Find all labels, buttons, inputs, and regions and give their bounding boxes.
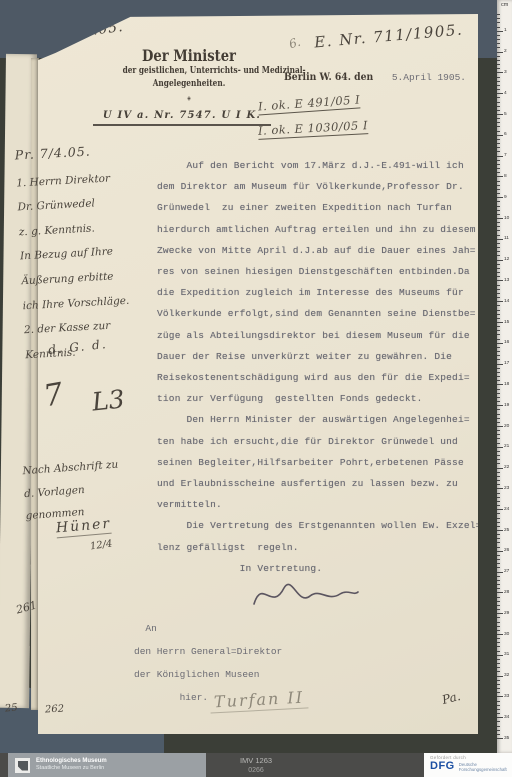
ruler-tick (497, 264, 500, 265)
ruler-number: 2 (504, 49, 507, 54)
ruler-tick (497, 85, 500, 86)
ruler-tick (497, 630, 500, 631)
ruler-tick (497, 405, 503, 406)
ruler-number: 30 (504, 632, 509, 637)
typed-body-line: und Erlaubnisscheine ausfertigen zu lass… (157, 473, 487, 494)
typed-body-line: lenz gefälligst regeln. (157, 537, 487, 558)
ruler-tick (497, 501, 500, 502)
ruler-number: 13 (504, 278, 509, 283)
ruler-number: 35 (504, 736, 509, 741)
typed-body-line: Grünwedel zu einer zweiten Expedition na… (157, 197, 487, 218)
ruler-tick (497, 638, 500, 639)
ruler-number: 9 (504, 195, 507, 200)
ruler-tick (497, 455, 500, 456)
ruler-tick (497, 476, 500, 477)
ruler-tick (497, 696, 503, 697)
ruler-tick (497, 102, 500, 103)
museum-logo-block: Ethnologisches Museum Staatliche Museen … (8, 753, 206, 777)
ruler-tick (497, 513, 500, 514)
ruler-tick (497, 721, 500, 722)
ruler-tick (497, 72, 503, 73)
dateline-printed: Berlin W. 64. den (284, 71, 373, 83)
ruler-tick (497, 77, 500, 78)
ruler-tick (497, 230, 500, 231)
ruler-tick (497, 701, 500, 702)
ruler-tick (497, 351, 500, 352)
ruler-tick (497, 131, 500, 132)
ruler-tick (497, 268, 500, 269)
ruler-tick (497, 414, 500, 415)
typed-body-line: Die Vertretung des Erstgenannten wollen … (157, 515, 487, 536)
ruler-tick (497, 426, 503, 427)
edge-folio-number: 262 (45, 704, 65, 716)
typed-body-line: res von seinen hiesigen Dienstgeschäften… (157, 261, 487, 282)
ruler-number: 32 (504, 673, 509, 678)
ruler-tick (497, 463, 500, 464)
ruler-tick (497, 576, 500, 577)
ruler-number: 4 (504, 91, 507, 96)
ruler-tick (497, 185, 500, 186)
ruler-tick (497, 93, 503, 94)
ruler-tick (497, 43, 500, 44)
ruler-tick (497, 60, 500, 61)
ruler-tick (497, 434, 500, 435)
margin-notes: Pr. 7/4.05.1. Herrn DirektorDr. Grünwede… (14, 137, 154, 368)
ruler-tick (497, 538, 500, 539)
ruler-tick (497, 684, 500, 685)
museum-logo-icon (15, 758, 30, 773)
ruler-tick (497, 547, 500, 548)
ruler-number: 11 (504, 236, 509, 241)
dateline: Berlin W. 64. den 5.April 1905. (284, 67, 466, 85)
ruler-tick (497, 201, 500, 202)
ruler-tick (497, 235, 500, 236)
ruler-number: 19 (504, 403, 509, 408)
ruler-number: 27 (504, 569, 509, 574)
ruler-tick (497, 226, 500, 227)
ruler-tick (497, 27, 500, 28)
ruler-tick (497, 56, 500, 57)
signature-flourish (248, 572, 363, 614)
edge-folio-number: 25 (4, 702, 18, 714)
ruler-tick (497, 35, 500, 36)
typed-body-line: Dauer der Reise unverkürzt weiter zu gew… (157, 346, 487, 367)
ruler-tick (497, 255, 500, 256)
file-reference-line: U IV a. Nr. 7547. U I K. (93, 110, 271, 126)
ruler-tick (497, 164, 500, 165)
ruler-number: 20 (504, 424, 509, 429)
ruler-number: 15 (504, 320, 509, 325)
ruler-tick (497, 634, 503, 635)
ruler-tick (497, 239, 503, 240)
ruler-tick (497, 359, 500, 360)
typed-body-line: dem Direktor am Museum für Völkerkunde,P… (157, 176, 487, 197)
ruler-tick (497, 280, 503, 281)
ruler-tick (497, 609, 500, 610)
ruler-tick (497, 318, 500, 319)
ruler-tick (497, 89, 500, 90)
ruler-tick (497, 326, 500, 327)
ruler-tick (497, 156, 503, 157)
ruler-tick (497, 110, 500, 111)
ruler-number: 3 (504, 70, 507, 75)
letterhead-line2: der geistlichen, Unterrichts- und Medizi… (123, 65, 256, 78)
ruler-tick (497, 64, 500, 65)
ruler-tick (497, 505, 500, 506)
ruler-number: 8 (504, 174, 507, 179)
address-line: den Herrn General=Direktor (134, 640, 282, 663)
ruler-tick (497, 222, 500, 223)
ruler-tick (497, 380, 500, 381)
ruler-tick (497, 393, 500, 394)
typed-body-line: züge als Abteilungsdirektor bei diesem M… (157, 325, 487, 346)
ruler-tick (497, 372, 500, 373)
margin-notes-2: Nach Abschrift zud. Vorlagengenommen (22, 452, 146, 528)
ruler-tick (497, 81, 500, 82)
ruler-tick (497, 709, 500, 710)
typed-body-line: tion zur Verfügung gestellten Fonds gede… (157, 388, 487, 409)
ruler-number: 6 (504, 132, 507, 137)
ruler-tick (497, 247, 500, 248)
ruler-tick (497, 160, 500, 161)
ruler-tick (497, 401, 500, 402)
ruler-number: 24 (504, 507, 509, 512)
ruler-tick (497, 651, 500, 652)
ruler-tick (497, 567, 500, 568)
ruler-tick (497, 659, 500, 660)
letterhead: Der Minister der geistlichen, Unterricht… (108, 46, 270, 102)
ruler-number: 22 (504, 465, 509, 470)
ruler-tick (497, 655, 503, 656)
ruler-tick (497, 397, 500, 398)
ruler-tick (497, 443, 500, 444)
ruler-tick (497, 472, 500, 473)
ruler-number: 23 (504, 486, 509, 491)
ruler-tick (497, 713, 500, 714)
ruler-tick (497, 181, 500, 182)
ruler-unit-label: cm (501, 2, 508, 8)
ruler-tick (497, 126, 500, 127)
typed-body-line: Völkerkunde erfolgt,sind dem Genannten s… (157, 303, 487, 324)
ruler-tick (497, 572, 503, 573)
margin-paraph-2: L3 (91, 384, 126, 416)
ruler-tick (497, 376, 500, 377)
ruler-tick (497, 189, 500, 190)
ruler-tick (497, 47, 500, 48)
ruler-tick (497, 285, 500, 286)
ruler-tick (497, 497, 500, 498)
dfg-logo: DFG (430, 761, 455, 772)
ruler-tick (497, 422, 500, 423)
ruler-tick (497, 522, 500, 523)
ruler-tick (497, 459, 500, 460)
ruler-tick (497, 368, 500, 369)
typed-body-line: Den Herrn Minister der auswärtigen Angel… (157, 409, 487, 430)
ruler-tick (497, 176, 503, 177)
ruler-tick (497, 289, 500, 290)
ruler-tick (497, 276, 500, 277)
ruler-tick (497, 122, 500, 123)
ruler-tick (497, 688, 500, 689)
ruler-tick (497, 147, 500, 148)
ruler-tick (497, 613, 503, 614)
ruler-tick (497, 692, 500, 693)
ruler-tick (497, 518, 500, 519)
ruler-tick (497, 22, 500, 23)
ruler-tick (497, 39, 500, 40)
ruler-number: 31 (504, 652, 509, 657)
letterhead-line1: Der Minister (123, 46, 256, 65)
ruler-tick (497, 705, 500, 706)
ruler-tick (497, 297, 500, 298)
ruler-tick (497, 168, 500, 169)
ruler-tick (497, 534, 500, 535)
ruler-tick (497, 584, 500, 585)
bottom-initials: Pa. (441, 689, 462, 707)
ruler-tick (497, 730, 500, 731)
ruler-tick (497, 206, 500, 207)
ruler-tick (497, 592, 503, 593)
ruler-tick (497, 172, 500, 173)
ruler-tick (497, 339, 500, 340)
pencil-mark-top: 6. (287, 35, 302, 52)
ruler-tick (497, 622, 500, 623)
ruler-tick (497, 555, 500, 556)
ruler-tick (497, 667, 500, 668)
ruler-tick (497, 563, 500, 564)
ruler-number: 7 (504, 153, 507, 158)
typed-body-line: vermitteln. (157, 494, 487, 515)
museum-subtitle: Staatliche Museen zu Berlin (36, 765, 107, 772)
ruler-tick (497, 106, 500, 107)
dfg-logo-block: Gefördert durch DFG Deutsche Forschungsg… (424, 753, 512, 777)
ruler-tick (497, 118, 500, 119)
ruler-number: 12 (504, 257, 509, 262)
ruler-tick (497, 97, 500, 98)
ruler-tick (497, 18, 500, 19)
ruler-tick (497, 626, 500, 627)
ruler-number: 17 (504, 361, 509, 366)
ruler-tick (497, 52, 503, 53)
ruler-number: 10 (504, 216, 509, 221)
ruler-tick (497, 293, 500, 294)
margin-note-line: Pr. 7/4.05. (14, 137, 143, 168)
ruler-number: 28 (504, 590, 509, 595)
typed-body-line: hierdurch amtlichen Auftrag erteilen und… (157, 219, 487, 240)
ruler-tick (497, 717, 503, 718)
ruler-tick (497, 605, 500, 606)
ruler-tick (497, 663, 500, 664)
ruler-tick (497, 305, 500, 306)
ruler-tick (497, 135, 503, 136)
ruler-tick (497, 384, 503, 385)
ruler-number: 14 (504, 299, 509, 304)
ruler-tick (497, 484, 500, 485)
ruler-tick (497, 734, 500, 735)
ruler-tick (497, 197, 503, 198)
ruler-tick (497, 355, 500, 356)
ruler-tick (497, 646, 500, 647)
typed-body-line: Auf den Bericht vom 17.März d.J.-E.491-w… (157, 155, 487, 176)
ruler-tick (497, 139, 500, 140)
ruler-tick (497, 526, 500, 527)
typed-body-line: die Expedition zugleich im Interesse des… (157, 282, 487, 303)
bottom-note: Turfan II (210, 687, 309, 713)
ruler-tick (497, 389, 500, 390)
ruler-tick (497, 343, 503, 344)
ruler-tick (497, 364, 503, 365)
ruler-number: 29 (504, 611, 509, 616)
ruler-number: 16 (504, 340, 509, 345)
ruler-tick (497, 409, 500, 410)
ruler-tick (497, 301, 503, 302)
ruler-tick (497, 559, 500, 560)
letterhead-line3: Angelegenheiten. (123, 78, 256, 91)
ruler-number: 34 (504, 715, 509, 720)
ruler-tick (497, 260, 503, 261)
ruler-tick (497, 114, 503, 115)
ruler-tick (497, 430, 500, 431)
typed-body-line: ten habe ich ersucht,die für Direktor Gr… (157, 431, 487, 452)
ruler-number: 33 (504, 694, 509, 699)
letterhead-ornament-icon: ◈ (123, 95, 256, 102)
ruler-tick (497, 347, 500, 348)
ruler-tick (497, 193, 500, 194)
ruler-tick (497, 580, 500, 581)
ruler-number: 25 (504, 528, 509, 533)
ruler-tick (497, 738, 503, 739)
typed-body-line: Reisekostenentschädigung wird aus den fü… (157, 367, 487, 388)
ruler-tick (497, 530, 503, 531)
ruler-tick (497, 143, 500, 144)
ruler-tick (497, 322, 503, 323)
typed-body: Auf den Bericht vom 17.März d.J.-E.491-w… (157, 155, 487, 579)
ruler-tick (497, 14, 500, 15)
ruler-number: 1 (504, 28, 507, 33)
ruler-tick (497, 151, 500, 152)
ruler-number: 21 (504, 444, 509, 449)
ruler-tick (497, 418, 500, 419)
ruler-tick (497, 642, 500, 643)
dateline-typed: 5.April 1905. (392, 72, 466, 83)
ruler-tick (497, 588, 500, 589)
ruler-tick (497, 251, 500, 252)
typed-body-line: Zwecke von Mitte April d.J.ab auf die Da… (157, 240, 487, 261)
ruler-tick (497, 480, 500, 481)
address-line: der Königlichen Museen (134, 663, 282, 686)
ruler-tick (497, 210, 500, 211)
funder-name-2: Forschungsgemeinschaft (459, 767, 507, 772)
address-line: An (134, 617, 282, 640)
pencil-reference-2: I. ok. E 1030/05 I (258, 118, 369, 140)
document-page: Pr. 7/4.05. Der Minister der geistlichen… (38, 14, 478, 734)
scan-viewer: Pr. 7/4.05. Der Minister der geistlichen… (0, 0, 512, 777)
pencil-reference-1: I. ok. E 491/05 I (258, 92, 361, 115)
ruler-tick (497, 468, 503, 469)
ruler-number: 26 (504, 548, 509, 553)
ruler-tick (497, 243, 500, 244)
typed-body-line: seinen Begleiter,Hilfsarbeiter Pohrt,erb… (157, 452, 487, 473)
entry-number-handwritten: E. Nr. 711/1905. (313, 21, 463, 52)
ruler-tick (497, 214, 500, 215)
ruler-tick (497, 218, 503, 219)
ruler-tick (497, 676, 503, 677)
ruler-tick (497, 488, 503, 489)
ruler-tick (497, 542, 500, 543)
ruler-tick (497, 617, 500, 618)
ruler-tick (497, 68, 500, 69)
ruler-tick (497, 438, 500, 439)
ruler-tick (497, 447, 503, 448)
ruler-tick (497, 334, 500, 335)
ruler-tick (497, 31, 503, 32)
museum-name: Ethnologisches Museum (36, 758, 107, 765)
ruler: cm 1234567891011121314151617181920212223… (497, 0, 512, 753)
ruler-tick (497, 509, 503, 510)
ruler-tick (497, 551, 503, 552)
ruler-tick (497, 680, 500, 681)
ruler-tick (497, 671, 500, 672)
ruler-number: 5 (504, 112, 507, 117)
ruler-tick (497, 314, 500, 315)
ruler-tick (497, 330, 500, 331)
ruler-tick (497, 597, 500, 598)
ruler-tick (497, 726, 500, 727)
ruler-number: 18 (504, 382, 509, 387)
ruler-tick (497, 601, 500, 602)
ruler-tick (497, 272, 500, 273)
ruler-tick (497, 310, 500, 311)
ruler-tick (497, 451, 500, 452)
ruler-tick (497, 493, 500, 494)
bottom-bar: IMV 1263 0266 Ethnologisches Museum Staa… (0, 753, 512, 777)
